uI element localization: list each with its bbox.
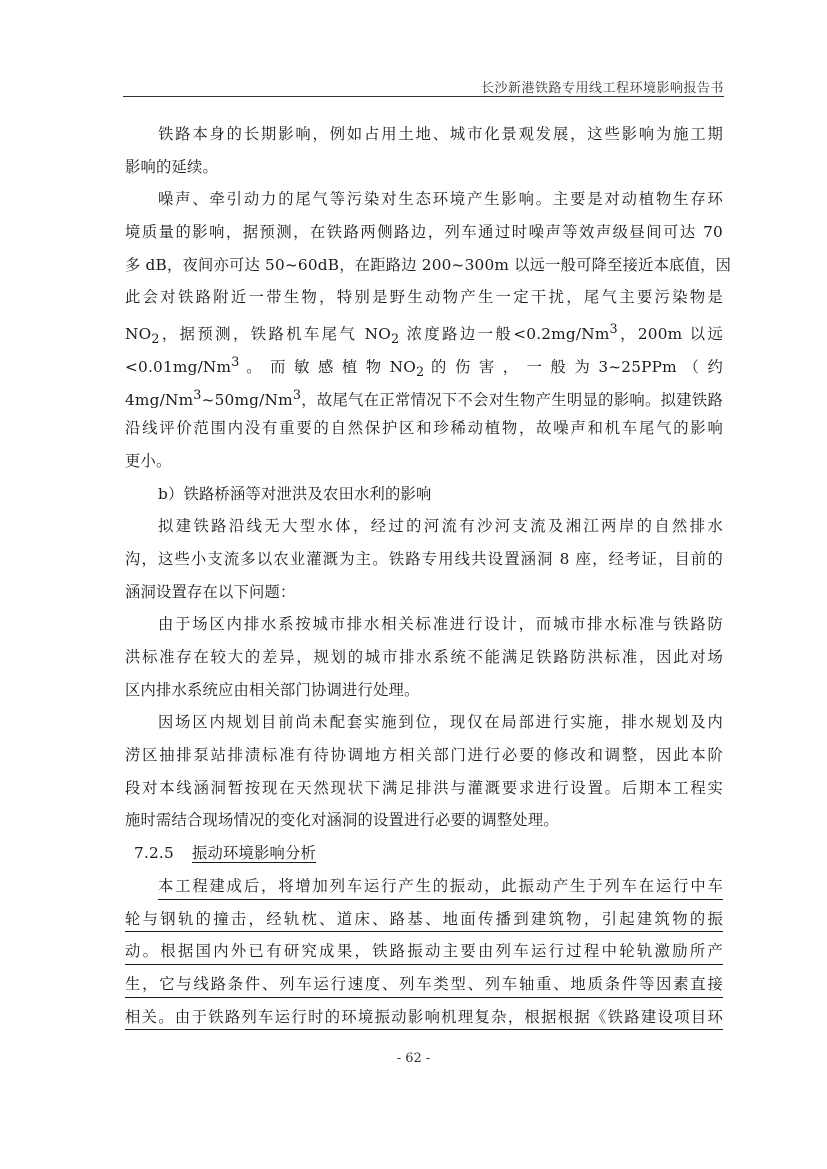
section-number: 7.2.5 xyxy=(125,837,192,870)
underlined-line: 动。根据国内外已有研究成果，铁路振动主要由列车运行过程中轮轨激励所产 xyxy=(125,935,723,968)
underline-rule xyxy=(125,997,723,998)
text-line: 洪标准存在较大的差异，规划的城市排水系统不能满足铁路防洪标准，因此对场 xyxy=(125,641,723,674)
section-title: 振动环境影响分析 xyxy=(192,844,316,862)
text-line: 沟，这些小支流多以农业灌溉为主。铁路专用线共设置涵洞 8 座，经考证，目前的 xyxy=(125,543,723,576)
text-line: 影响的延续。 xyxy=(125,151,723,184)
text-line: 区内排水系统应由相关部门协调进行处理。 xyxy=(125,674,723,707)
text-line: 沿线评价范围内没有重要的自然保护区和珍稀动植物，故噪声和机车尾气的影响 xyxy=(125,412,723,445)
underline-rule xyxy=(125,931,723,932)
text-line: 拟建铁路沿线无大型水体，经过的河流有沙河支流及湘江两岸的自然排水 xyxy=(125,510,723,543)
underlined-line: 轮与钢轨的撞击，经轨枕、道床、路基、地面传播到建筑物，引起建筑物的振 xyxy=(125,903,723,936)
underline-rule xyxy=(125,1029,723,1030)
text-line: 更小。 xyxy=(125,445,723,478)
header-title: 长沙新港铁路专用线工程环境影响报告书 xyxy=(481,77,724,96)
text-line: 由于场区内排水系按城市排水相关标准进行设计，而城市排水标准与铁路防 xyxy=(125,608,723,641)
section-heading: 7.2.5振动环境影响分析 xyxy=(125,837,723,870)
text-line-no2-2: <0.01mg/Nm3 。 而 敏 感 植 物 NO2 的 伤 害 ， 一 般 … xyxy=(125,347,723,380)
text-line: 段对本线涵洞暂按现在天然现状下满足排洪与灌溉要求进行设置。后期本工程实 xyxy=(125,772,723,805)
text-line: 噪声、牵引动力的尾气等污染对生态环境产生影响。主要是对动植物生存环 xyxy=(125,183,723,216)
text-line-no2-3: 4mg/Nm3~50mg/Nm3，故尾气在正常情况下不会对生物产生明显的影响。拟… xyxy=(125,380,723,413)
text-line: 施时需结合现场情况的变化对涵洞的设置进行必要的调整处理。 xyxy=(125,804,723,837)
page-header: 长沙新港铁路专用线工程环境影响报告书 xyxy=(123,76,724,97)
subheading-b: b）铁路桥涵等对泄洪及农田水利的影响 xyxy=(125,478,723,511)
text-line: 多 dB，夜间亦可达 50~60dB，在距路边 200~300m 以远一般可降至… xyxy=(125,249,723,282)
underlined-line: 生，它与线路条件、列车运行速度、列车类型、列车轴重、地质条件等因素直接 xyxy=(125,968,723,1001)
text-line: 涵洞设置存在以下问题： xyxy=(125,576,723,609)
text-line: 境质量的影响，据预测，在铁路两侧路边，列车通过时噪声等效声级昼间可达 70 xyxy=(125,216,723,249)
document-body: 铁路本身的长期影响，例如占用土地、城市化景观发展，这些影响为施工期 影响的延续。… xyxy=(125,118,723,1033)
underlined-line: 相关。由于铁路列车运行时的环境振动影响机理复杂，根据根据《铁路建设项目环 xyxy=(125,1001,723,1034)
underlined-line: 本工程建成后，将增加列车运行产生的振动，此振动产生于列车在运行中车 xyxy=(125,870,723,903)
text-line: 因场区内规划目前尚未配套实施到位，现仅在局部进行实施，排水规划及内 xyxy=(125,706,723,739)
page-number: - 62 - xyxy=(0,1051,827,1066)
underline-rule xyxy=(158,899,723,900)
underline-rule xyxy=(125,964,723,965)
text-line: 铁路本身的长期影响，例如占用土地、城市化景观发展，这些影响为施工期 xyxy=(125,118,723,151)
text-line: 此会对铁路附近一带生物，特别是野生动物产生一定干扰，尾气主要污染物是 xyxy=(125,281,723,314)
text-line-no2-1: NO2，据预测，铁路机车尾气 NO2 浓度路边一般<0.2mg/Nm3，200m… xyxy=(125,314,723,347)
text-line: 涝区抽排泵站排渍标准有待协调地方相关部门进行必要的修改和调整，因此本阶 xyxy=(125,739,723,772)
